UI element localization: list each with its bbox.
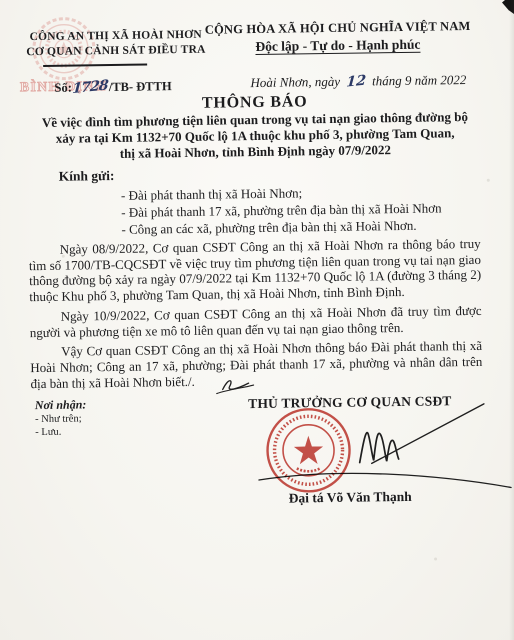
recipient-list: - Đài phát thanh thị xã Hoài Nhơn; - Đài… — [121, 182, 442, 237]
noi-nhan-item: - Như trên; — [35, 412, 87, 426]
scan-tilt-layer: BÌNH ĐỊNH CÔNG AN THỊ XÃ HOÀI NHƠN CƠ QU… — [0, 0, 514, 640]
body-paragraph: Ngày 08/9/2022, Cơ quan CSĐT Công an thị… — [29, 236, 482, 305]
noi-nhan-label: Nơi nhận: — [35, 397, 87, 413]
doc-number-handwritten: 1728 — [72, 78, 109, 97]
scan-speckle — [487, 179, 490, 182]
doc-number-label: Số: — [54, 81, 72, 95]
body-paragraph: Ngày 10/9/2022, Cơ quan CSĐT Công an thị… — [30, 303, 482, 341]
doc-number-suffix: /TB- ĐTTH — [109, 79, 172, 94]
national-motto-line2: Độc lập - Tự do - Hạnh phúc — [195, 36, 481, 56]
noi-nhan-item: - Lưu. — [35, 425, 87, 439]
national-header: CỘNG HÒA XÃ HỘI CHỦ NGHĨA VIỆT NAM Độc l… — [195, 19, 481, 56]
date-day-handwritten: 12 — [346, 73, 367, 91]
document-subject: Về việc đình tìm phương tiện liên quan t… — [25, 109, 486, 163]
scanned-document-page: BÌNH ĐỊNH CÔNG AN THỊ XÃ HOÀI NHƠN CƠ QU… — [0, 0, 514, 640]
salutation-label: Kính gửi: — [59, 168, 115, 185]
agency-name-line2: CƠ QUAN CẢNH SÁT ĐIỀU TRA — [25, 42, 207, 59]
scan-speckle — [434, 558, 437, 561]
issuing-agency-header: CÔNG AN THỊ XÃ HOÀI NHƠN CƠ QUAN CẢNH SÁ… — [25, 28, 207, 60]
recipients-footer-block: Nơi nhận: - Như trên; - Lưu. — [35, 397, 87, 439]
recipient-item: - Công an các xã, phường trên địa bàn th… — [121, 216, 442, 237]
place-date-line: Hoài Nhơn, ngày 12 tháng 9 năm 2022 — [235, 72, 481, 91]
date-prefix: Hoài Nhơn, ngày — [250, 74, 340, 90]
scan-speckle — [62, 255, 65, 258]
signature-ink-icon — [201, 364, 514, 498]
signer-name: Đại tá Võ Văn Thạnh — [260, 488, 440, 507]
national-motto-line1: CỘNG HÒA XÃ HỘI CHỦ NGHĨA VIỆT NAM — [195, 19, 481, 38]
document-number-line: Số:1728/TB- ĐTTH — [54, 78, 171, 96]
date-suffix: tháng 9 năm 2022 — [372, 72, 466, 88]
